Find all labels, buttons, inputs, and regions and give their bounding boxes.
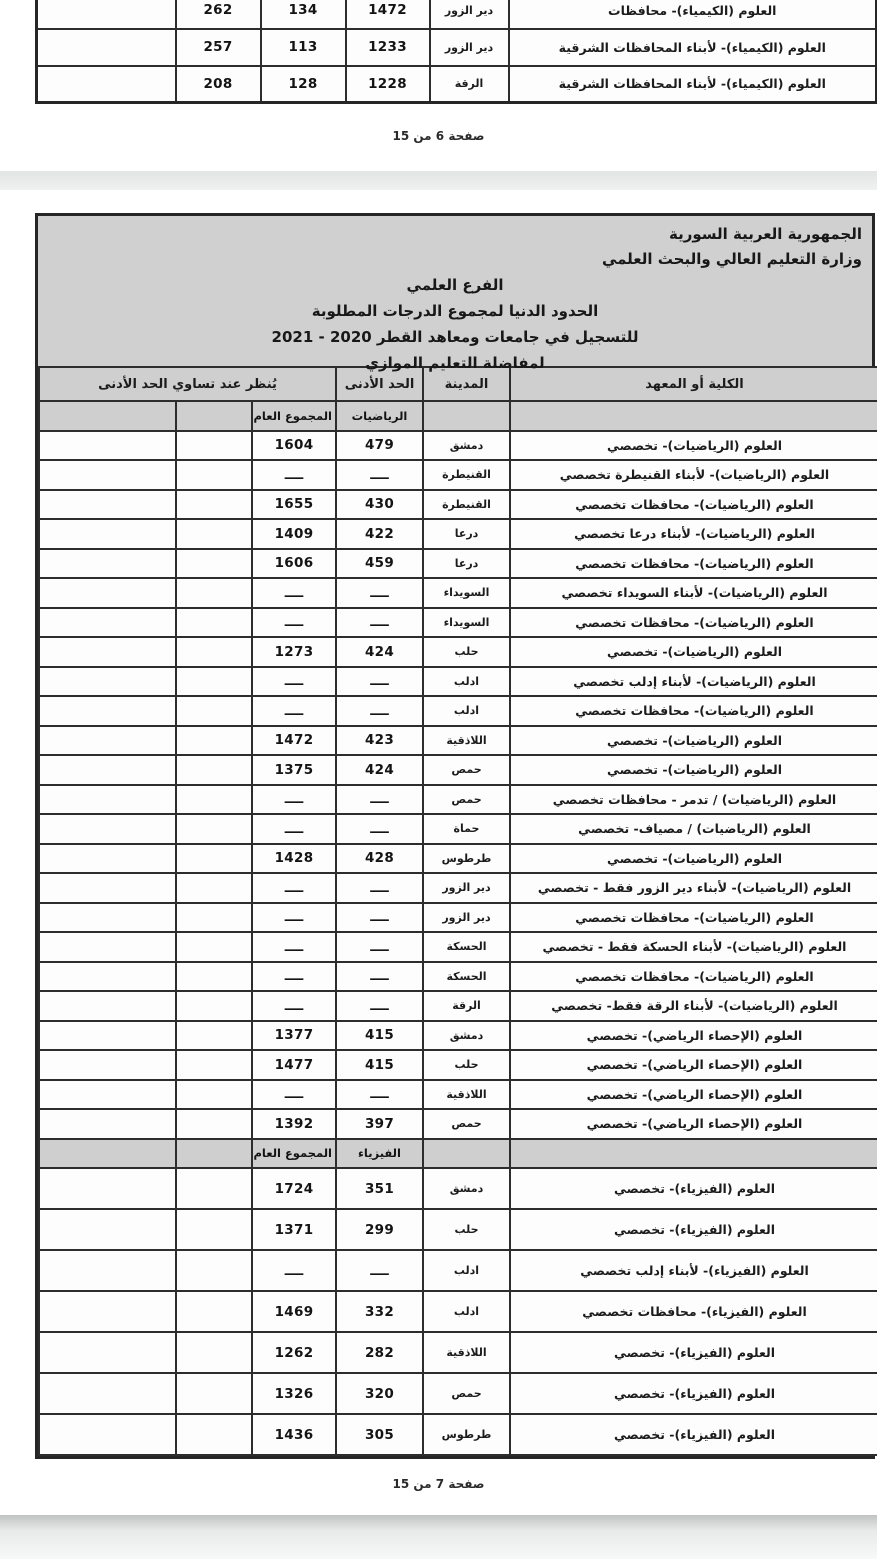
- page7-footer: صفحة 7 من 15: [0, 1477, 877, 1491]
- tie-extra-cell-2: [39, 608, 176, 638]
- city-cell: طرطوس: [423, 844, 510, 874]
- table-row: العلوم (الرياضيات)- لأبناء دير الزور فقط…: [39, 873, 877, 903]
- tie-extra-cell-2: [39, 1250, 176, 1291]
- min-score-cell: 299: [336, 1209, 423, 1250]
- city-cell: الرقة: [430, 66, 509, 103]
- general-total-cell: ــــ: [252, 667, 336, 697]
- page-6-fragment: العلوم (الكيمياء)- محافظاتدير الزور14721…: [35, 0, 877, 104]
- min-score-cell: ــــ: [336, 932, 423, 962]
- college-cell: العلوم (الرياضيات)- لأبناء الحسكة فقط - …: [510, 932, 877, 962]
- tie-extra-cell-2: [39, 1168, 176, 1209]
- min-score-cell: ــــ: [336, 1250, 423, 1291]
- min-score-cell: 424: [336, 755, 423, 785]
- general-total-cell: 1326: [252, 1373, 336, 1414]
- college-cell: العلوم (الفيزياء)- تخصصي: [510, 1332, 877, 1373]
- general-total-cell: 1371: [252, 1209, 336, 1250]
- table-row: العلوم (الكيمياء)- لأبناء المحافظات الشر…: [37, 29, 877, 66]
- tie-extra-cell-2: [39, 1109, 176, 1139]
- college-cell: العلوم (الرياضيات) / تدمر - محافظات تخصص…: [510, 785, 877, 815]
- college-cell: العلوم (الرياضيات)- محافظات تخصصي: [510, 962, 877, 992]
- tie-extra-cell: [176, 1109, 252, 1139]
- tie-extra-cell: [176, 1291, 252, 1332]
- college-column-header: الكلية أو المعهد: [510, 367, 877, 401]
- tie-extra-cell: [176, 1250, 252, 1291]
- tie-extra-cell-2: [39, 755, 176, 785]
- min-score-cell: ــــ: [336, 1080, 423, 1110]
- min-score-cell: 415: [336, 1050, 423, 1080]
- table-row: العلوم (الكيمياء)- محافظاتدير الزور14721…: [37, 0, 877, 29]
- general-total-cell: ــــ: [252, 962, 336, 992]
- college-cell: العلوم (الفيزياء)- لأبناء إدلب تخصصي: [510, 1250, 877, 1291]
- general-total-cell: ــــ: [252, 873, 336, 903]
- page7-title-block: الجمهورية العربية السورية وزارة التعليم …: [38, 216, 872, 366]
- ministry-title: وزارة التعليم العالي والبحث العلمي: [38, 247, 872, 272]
- min-score-cell: ــــ: [336, 667, 423, 697]
- tie-extra-cell-2: [39, 549, 176, 579]
- tie-extra-cell: [176, 1050, 252, 1080]
- min-score-cell: ــــ: [336, 814, 423, 844]
- tie-extra-cell-2: [37, 66, 176, 103]
- min-score-cell: ــــ: [336, 991, 423, 1021]
- college-cell: [510, 1139, 877, 1169]
- min-score-cell: الفيزياء: [336, 1139, 423, 1169]
- table-row: العلوم (الرياضيات)- تخصصياللاذقية4231472: [39, 726, 877, 756]
- general-total-cell: 1428: [252, 844, 336, 874]
- tie-extra-cell: [176, 1168, 252, 1209]
- general-total-cell: 1377: [252, 1021, 336, 1051]
- table-row: العلوم (الرياضيات)- محافظات تخصصيدير الز…: [39, 903, 877, 933]
- tie-extra-cell-2: [39, 401, 176, 431]
- table-row: العلوم (الفيزياء)- تخصصيدمشق3511724: [39, 1168, 877, 1209]
- table-row: العلوم (الرياضيات)- لأبناء القنيطرة تخصص…: [39, 460, 877, 490]
- city-cell: دير الزور: [423, 903, 510, 933]
- tie-extra-cell: [176, 844, 252, 874]
- general-total-cell: ــــ: [252, 460, 336, 490]
- tie-extra-cell-2: [39, 903, 176, 933]
- college-cell: العلوم (الرياضيات)- محافظات تخصصي: [510, 696, 877, 726]
- tie-extra-cell-2: [37, 0, 176, 29]
- table-row: العلوم (الرياضيات) / مصياف- تخصصيحماةـــ…: [39, 814, 877, 844]
- general-total-cell: 1606: [252, 549, 336, 579]
- table-row: العلوم (الإحصاء الرياضي)- تخصصياللاذقيةـ…: [39, 1080, 877, 1110]
- college-cell: العلوم (الرياضيات)- تخصصي: [510, 755, 877, 785]
- tie-extra-cell-2: [39, 932, 176, 962]
- city-cell: اللاذقية: [423, 1332, 510, 1373]
- page6-footer: صفحة 6 من 15: [0, 129, 877, 143]
- min-score-cell: 424: [336, 637, 423, 667]
- table-row: العلوم (الرياضيات)- تخصصيطرطوس4281428: [39, 844, 877, 874]
- general-total-cell: 1273: [252, 637, 336, 667]
- tie-extra-cell-2: [39, 991, 176, 1021]
- tie-extra-cell-2: [39, 1080, 176, 1110]
- table-row: العلوم (الرياضيات)- محافظات تخصصيالقنيطر…: [39, 490, 877, 520]
- general-total-cell: ــــ: [252, 608, 336, 638]
- city-cell: القنيطرة: [423, 460, 510, 490]
- general-total-cell: 1375: [252, 755, 336, 785]
- general-total-cell: المجموع العام: [252, 1139, 336, 1169]
- city-cell: حلب: [423, 1050, 510, 1080]
- general-total-cell: 128: [261, 66, 346, 103]
- city-cell: السويداء: [423, 578, 510, 608]
- min-score-cell: الرياضيات: [336, 401, 423, 431]
- table-row: العلوم (الفيزياء)- لأبناء إدلب تخصصيادلب…: [39, 1250, 877, 1291]
- general-total-cell: ــــ: [252, 1250, 336, 1291]
- general-total-cell: ــــ: [252, 903, 336, 933]
- tie-extra-cell-2: [39, 1373, 176, 1414]
- tie-extra-cell-2: [39, 696, 176, 726]
- college-cell: العلوم (الفيزياء)- تخصصي: [510, 1414, 877, 1455]
- min-score-cell: ــــ: [336, 578, 423, 608]
- city-cell: دمشق: [423, 431, 510, 461]
- general-total-cell: ــــ: [252, 814, 336, 844]
- table-row: العلوم (الرياضيات)- محافظات تخصصيدرعا459…: [39, 549, 877, 579]
- college-cell: العلوم (الإحصاء الرياضي)- تخصصي: [510, 1050, 877, 1080]
- city-cell: حمص: [423, 1373, 510, 1414]
- college-cell: العلوم (الفيزياء)- تخصصي: [510, 1373, 877, 1414]
- tie-extra-cell: [176, 991, 252, 1021]
- min-score-cell: 430: [336, 490, 423, 520]
- general-total-cell: المجموع العام: [252, 401, 336, 431]
- tie-extra-cell: [176, 549, 252, 579]
- general-total-cell: 1724: [252, 1168, 336, 1209]
- tie-extra-cell-2: [39, 578, 176, 608]
- college-cell: العلوم (الفيزياء)- تخصصي: [510, 1168, 877, 1209]
- college-cell: العلوم (الرياضيات)- لأبناء إدلب تخصصي: [510, 667, 877, 697]
- tie-extra-cell: [176, 667, 252, 697]
- general-total-cell: 1392: [252, 1109, 336, 1139]
- college-cell: العلوم (الرياضيات)- لأبناء القنيطرة تخصص…: [510, 460, 877, 490]
- college-cell: العلوم (الفيزياء)- محافظات تخصصي: [510, 1291, 877, 1332]
- table-row: العلوم (الرياضيات)- لأبناء إدلب تخصصيادل…: [39, 667, 877, 697]
- general-total-cell: ــــ: [252, 578, 336, 608]
- college-cell: العلوم (الفيزياء)- تخصصي: [510, 1209, 877, 1250]
- tie-extra-cell-2: [39, 1414, 176, 1455]
- tie-extra-cell: [176, 578, 252, 608]
- city-cell: القنيطرة: [423, 490, 510, 520]
- tie-extra-cell: [176, 726, 252, 756]
- doc-subtitle: للتسجيل في جامعات ومعاهد القطر 2020 - 20…: [38, 324, 872, 350]
- tie-extra-cell-2: [37, 29, 176, 66]
- general-total-cell: ــــ: [252, 932, 336, 962]
- city-cell: الحسكة: [423, 932, 510, 962]
- college-cell: العلوم (الكيمياء)- محافظات: [509, 0, 877, 29]
- general-total-cell: ــــ: [252, 696, 336, 726]
- tie-extra-cell-2: [39, 431, 176, 461]
- tie-extra-cell-2: [39, 1021, 176, 1051]
- general-total-cell: 134: [261, 0, 346, 29]
- min-score-cell: ــــ: [336, 873, 423, 903]
- page-separator: [0, 171, 877, 190]
- general-total-cell: 1262: [252, 1332, 336, 1373]
- table-row: العلوم (الرياضيات)- لأبناء درعا تخصصيدرع…: [39, 519, 877, 549]
- city-cell: درعا: [423, 549, 510, 579]
- table-row: العلوم (الكيمياء)- لأبناء المحافظات الشر…: [37, 66, 877, 103]
- city-cell: دير الزور: [430, 29, 509, 66]
- tie-extra-cell: 257: [176, 29, 261, 66]
- tie-extra-cell: [176, 696, 252, 726]
- general-total-cell: ــــ: [252, 785, 336, 815]
- general-total-cell: 1472: [252, 726, 336, 756]
- tie-extra-cell: [176, 962, 252, 992]
- min-score-cell: ــــ: [336, 903, 423, 933]
- min-score-cell: 1472: [346, 0, 430, 29]
- tie-extra-cell-2: [39, 1139, 176, 1169]
- tie-extra-cell-2: [39, 962, 176, 992]
- city-cell: درعا: [423, 519, 510, 549]
- table-row: العلوم (الفيزياء)- تخصصيحمص3201326: [39, 1373, 877, 1414]
- tie-extra-cell-2: [39, 637, 176, 667]
- tie-extra-cell-2: [39, 1291, 176, 1332]
- table-row: العلوم (الفيزياء)- تخصصياللاذقية2821262: [39, 1332, 877, 1373]
- tie-extra-cell-2: [39, 814, 176, 844]
- city-cell: الحسكة: [423, 962, 510, 992]
- min-score-cell: 320: [336, 1373, 423, 1414]
- tie-extra-cell-2: [39, 490, 176, 520]
- tie-extra-cell: [176, 608, 252, 638]
- tie-extra-cell: [176, 873, 252, 903]
- college-cell: العلوم (الرياضيات)- تخصصي: [510, 637, 877, 667]
- tie-extra-cell: [176, 903, 252, 933]
- tie-extra-cell-2: [39, 726, 176, 756]
- city-cell: السويداء: [423, 608, 510, 638]
- branch-title: الفرع العلمي: [38, 272, 872, 298]
- tie-extra-cell: [176, 1414, 252, 1455]
- city-cell: اللاذقية: [423, 1080, 510, 1110]
- tie-extra-cell-2: [39, 844, 176, 874]
- city-cell: حمص: [423, 1109, 510, 1139]
- tie-extra-cell: [176, 490, 252, 520]
- general-total-cell: 1409: [252, 519, 336, 549]
- table-row: العلوم (الرياضيات)- محافظات تخصصيالحسكةـ…: [39, 962, 877, 992]
- general-total-cell: 1469: [252, 1291, 336, 1332]
- table-row: العلوم (الرياضيات)- تخصصيحلب4241273: [39, 637, 877, 667]
- table-row: العلوم (الإحصاء الرياضي)- تخصصيحمص397139…: [39, 1109, 877, 1139]
- tie-extra-cell: [176, 755, 252, 785]
- tie-extra-cell: [176, 932, 252, 962]
- min-score-cell: ــــ: [336, 460, 423, 490]
- min-score-cell: ــــ: [336, 608, 423, 638]
- college-cell: العلوم (الرياضيات)- لأبناء درعا تخصصي: [510, 519, 877, 549]
- table-row: العلوم (الفيزياء)- تخصصيطرطوس3051436: [39, 1414, 877, 1455]
- tie-extra-cell-2: [39, 1332, 176, 1373]
- city-cell: دير الزور: [430, 0, 509, 29]
- city-cell: ادلب: [423, 696, 510, 726]
- city-cell: ادلب: [423, 1250, 510, 1291]
- college-cell: العلوم (الرياضيات)- لأبناء السويداء تخصص…: [510, 578, 877, 608]
- city-cell: ادلب: [423, 1291, 510, 1332]
- table-row: العلوم (الرياضيات)- تخصصيدمشق4791604: [39, 431, 877, 461]
- min-score-cell: 282: [336, 1332, 423, 1373]
- tie-extra-cell-2: [39, 1050, 176, 1080]
- table-row: العلوم (الرياضيات)- لأبناء الرقة فقط- تخ…: [39, 991, 877, 1021]
- college-cell: العلوم (الرياضيات)- تخصصي: [510, 726, 877, 756]
- city-cell: الرقة: [423, 991, 510, 1021]
- college-cell: العلوم (الرياضيات)- محافظات تخصصي: [510, 549, 877, 579]
- min-score-cell: 397: [336, 1109, 423, 1139]
- tie-extra-cell-2: [39, 460, 176, 490]
- tie-extra-cell: [176, 1209, 252, 1250]
- table-row: العلوم (الرياضيات)- تخصصيحمص4241375: [39, 755, 877, 785]
- college-cell: العلوم (الرياضيات)- لأبناء دير الزور فقط…: [510, 873, 877, 903]
- table-row: العلوم (الرياضيات)- لأبناء السويداء تخصص…: [39, 578, 877, 608]
- tie-extra-cell: [176, 814, 252, 844]
- doc-title: الحدود الدنيا لمجموع الدرجات المطلوبة: [38, 298, 872, 324]
- college-cell: العلوم (الرياضيات) / مصياف- تخصصي: [510, 814, 877, 844]
- min-score-cell: ــــ: [336, 696, 423, 726]
- table-row: العلوم (الإحصاء الرياضي)- تخصصيدمشق41513…: [39, 1021, 877, 1051]
- min-score-cell: 459: [336, 549, 423, 579]
- tie-extra-cell: [176, 1373, 252, 1414]
- tie-extra-cell: [176, 1332, 252, 1373]
- college-cell: [510, 401, 877, 431]
- general-total-cell: 1436: [252, 1414, 336, 1455]
- table-row: العلوم (الإحصاء الرياضي)- تخصصيحلب415147…: [39, 1050, 877, 1080]
- city-cell: حمص: [423, 785, 510, 815]
- city-cell: [423, 401, 510, 431]
- tie-extra-cell: 262: [176, 0, 261, 29]
- table-row: العلوم (الفيزياء)- تخصصيحلب2991371: [39, 1209, 877, 1250]
- min-score-cell: 415: [336, 1021, 423, 1051]
- tie-extra-cell: [176, 431, 252, 461]
- tie-extra-cell: [176, 1021, 252, 1051]
- city-cell: حلب: [423, 1209, 510, 1250]
- city-cell: طرطوس: [423, 1414, 510, 1455]
- tie-extra-cell: 208: [176, 66, 261, 103]
- general-total-cell: 113: [261, 29, 346, 66]
- country-title: الجمهورية العربية السورية: [38, 222, 872, 247]
- city-cell: دمشق: [423, 1168, 510, 1209]
- page7-table: الكلية أو المعهد المدينة الحد الأدنى يُن…: [38, 366, 877, 1456]
- tie-extra-cell: [176, 1139, 252, 1169]
- page6-table: العلوم (الكيمياء)- محافظاتدير الزور14721…: [35, 0, 877, 104]
- page-7-sheet: الجمهورية العربية السورية وزارة التعليم …: [35, 213, 875, 1459]
- tie-extra-cell: [176, 460, 252, 490]
- next-page-separator: [0, 1515, 877, 1559]
- city-cell: دير الزور: [423, 873, 510, 903]
- college-cell: العلوم (الرياضيات)- محافظات تخصصي: [510, 608, 877, 638]
- table-row: العلوم (الرياضيات)- محافظات تخصصيادلبـــ…: [39, 696, 877, 726]
- min-score-cell: 305: [336, 1414, 423, 1455]
- city-cell: اللاذقية: [423, 726, 510, 756]
- tie-extra-cell-2: [39, 519, 176, 549]
- tie-column-header: يُنظر عند تساوي الحد الأدنى: [39, 367, 336, 401]
- min-score-cell: 351: [336, 1168, 423, 1209]
- table-row: العلوم (الرياضيات)- محافظات تخصصيالسويدا…: [39, 608, 877, 638]
- tie-extra-cell-2: [39, 873, 176, 903]
- college-cell: العلوم (الكيمياء)- لأبناء المحافظات الشر…: [509, 29, 877, 66]
- tie-extra-cell: [176, 1080, 252, 1110]
- college-cell: العلوم (الإحصاء الرياضي)- تخصصي: [510, 1080, 877, 1110]
- general-total-cell: 1655: [252, 490, 336, 520]
- tie-extra-cell-2: [39, 667, 176, 697]
- general-total-cell: 1477: [252, 1050, 336, 1080]
- table-row: العلوم (الرياضيات) / تدمر - محافظات تخصص…: [39, 785, 877, 815]
- city-cell: حلب: [423, 637, 510, 667]
- college-cell: العلوم (الرياضيات)- تخصصي: [510, 431, 877, 461]
- min-score-cell: ــــ: [336, 785, 423, 815]
- city-cell: دمشق: [423, 1021, 510, 1051]
- min-score-cell: 332: [336, 1291, 423, 1332]
- college-cell: العلوم (الإحصاء الرياضي)- تخصصي: [510, 1021, 877, 1051]
- tie-extra-cell: [176, 785, 252, 815]
- document-viewer: العلوم (الكيمياء)- محافظاتدير الزور14721…: [0, 0, 877, 1559]
- tie-extra-cell-2: [39, 785, 176, 815]
- general-total-cell: ــــ: [252, 1080, 336, 1110]
- min-score-cell: 1228: [346, 66, 430, 103]
- section-subheader-row: الفيزياءالمجموع العام: [39, 1139, 877, 1169]
- city-cell: ادلب: [423, 667, 510, 697]
- city-cell: حماة: [423, 814, 510, 844]
- tie-extra-cell: [176, 637, 252, 667]
- min-score-cell: 1233: [346, 29, 430, 66]
- college-cell: العلوم (الرياضيات)- محافظات تخصصي: [510, 903, 877, 933]
- college-cell: العلوم (الرياضيات)- لأبناء الرقة فقط- تخ…: [510, 991, 877, 1021]
- college-cell: العلوم (الإحصاء الرياضي)- تخصصي: [510, 1109, 877, 1139]
- general-total-cell: 1604: [252, 431, 336, 461]
- min-score-cell: 422: [336, 519, 423, 549]
- min-score-cell: ــــ: [336, 962, 423, 992]
- table-row: العلوم (الفيزياء)- محافظات تخصصيادلب3321…: [39, 1291, 877, 1332]
- section-subheader-row: الرياضياتالمجموع العام: [39, 401, 877, 431]
- min-score-cell: 428: [336, 844, 423, 874]
- college-cell: العلوم (الرياضيات)- محافظات تخصصي: [510, 490, 877, 520]
- general-total-cell: ــــ: [252, 991, 336, 1021]
- college-cell: العلوم (الكيمياء)- لأبناء المحافظات الشر…: [509, 66, 877, 103]
- min-score-cell: 423: [336, 726, 423, 756]
- min-score-cell: 479: [336, 431, 423, 461]
- city-cell: حمص: [423, 755, 510, 785]
- college-cell: العلوم (الرياضيات)- تخصصي: [510, 844, 877, 874]
- tie-extra-cell: [176, 519, 252, 549]
- table-row: العلوم (الرياضيات)- لأبناء الحسكة فقط - …: [39, 932, 877, 962]
- tie-extra-cell-2: [39, 1209, 176, 1250]
- city-cell: [423, 1139, 510, 1169]
- tie-extra-cell: [176, 401, 252, 431]
